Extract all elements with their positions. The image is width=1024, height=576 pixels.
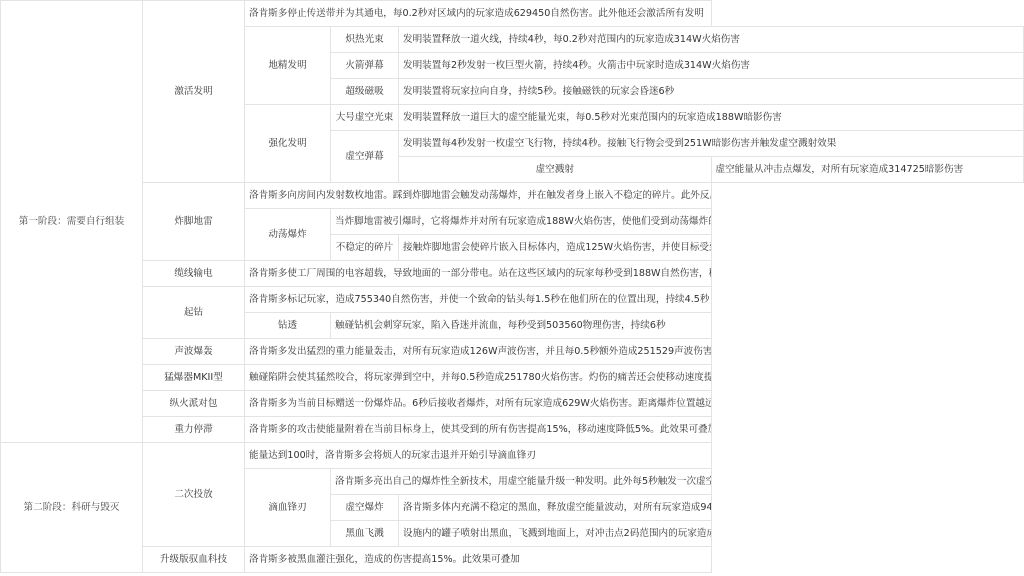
table-row: 缆线输电 洛肯斯多使工厂周围的电容超载，导致地面的一部分带电。站在这些区域内的玩… [1,261,1024,287]
sub-effect-name: 不稳定的碎片 [331,235,399,261]
ability-sonic-name: 声波爆轰 [143,339,245,365]
invention-desc: 发明装置将玩家拉向自身，持续5秒。接触磁铁的玩家会昏迷6秒 [399,79,1024,105]
sub-effect-desc: 洛肯斯多体内充满不稳定的黑血，释放虚空能量波动，对所有玩家造成944175暗影伤… [399,495,712,521]
sub-effect-name: 钻透 [245,313,331,339]
invention-desc: 发明装置释放一道巨大的虚空能量光束，每0.5秒对光束范围内的玩家造成188W暗影… [399,105,1024,131]
table-row: 升级版驭血科技 洛肯斯多被黑血灌注强化，造成的伤害提高15%。此效果可叠加 [1,547,1024,573]
table-row: 炸脚地雷 洛肯斯多向房间内发射数枚地雷。踩到炸脚地雷会触发动荡爆炸，并在触发者身… [1,183,1024,209]
ability-gravity-name: 重力停滞 [143,417,245,443]
invention-name: 大号虚空光束 [331,105,399,131]
invention-name: 超级磁吸 [331,79,399,105]
ability-redeploy-desc: 能量达到100时，洛肯斯多会将烦人的玩家击退并开始引导滴血锋刃 [245,443,712,469]
boss-abilities-table: 第一阶段：需要自行组装 激活发明 洛肯斯多停止传送带并为其通电，每0.2秒对区域… [0,0,1024,573]
ability-mine-name: 炸脚地雷 [143,183,245,261]
ability-gravity-desc: 洛肯斯多的攻击使能量附着在当前目标身上，使其受到的所有伤害提高15%，移动速度降… [245,417,712,443]
ability-activate-desc: 洛肯斯多停止传送带并为其通电，每0.2秒对区域内的玩家造成629450自然伤害。… [245,1,712,27]
ability-upgrade-name: 升级版驭血科技 [143,547,245,573]
sub-effect-desc: 虚空能量从冲击点爆发，对所有玩家造成314725暗影伤害 [711,157,1024,183]
ability-blaster-desc: 触碰陷阱会使其猛然咬合，将玩家弹到空中，并每0.5秒造成251780火焰伤害。灼… [245,365,712,391]
ability-cable-name: 缆线输电 [143,261,245,287]
ability-sonic-desc: 洛肯斯多发出猛烈的重力能量轰击，对所有玩家造成126W声波伤害，并且每0.5秒额… [245,339,712,365]
stage-2-label: 第二阶段：科研与毁灭 [1,443,143,573]
table-row: 猛爆器MKII型 触碰陷阱会使其猛然咬合，将玩家弹到空中，并每0.5秒造成251… [1,365,1024,391]
ability-party-desc: 洛肯斯多为当前目标赠送一份爆炸品。6秒后接收者爆炸，对所有玩家造成629W火焰伤… [245,391,712,417]
empowered-inventions-name: 强化发明 [245,105,331,183]
bleeding-blade-desc: 洛肯斯多亮出自己的爆炸性全新技术，用虚空能量升级一种发明。此外每5秒触发一次虚空… [331,469,712,495]
ability-activate-name: 激活发明 [143,1,245,183]
table-row: 第二阶段：科研与毁灭 二次投放 能量达到100时，洛肯斯多会将烦人的玩家击退并开… [1,443,1024,469]
invention-name: 虚空弹幕 [331,131,399,183]
unstable-explosion-name: 动荡爆炸 [245,209,331,261]
invention-name: 炽热光束 [331,27,399,53]
table-row: 第一阶段：需要自行组装 激活发明 洛肯斯多停止传送带并为其通电，每0.2秒对区域… [1,1,1024,27]
invention-desc: 发明装置每2秒发射一枚巨型火箭，持续4秒。火箭击中玩家时造成314W火焰伤害 [399,53,1024,79]
sub-effect-name: 虚空爆炸 [331,495,399,521]
ability-blaster-name: 猛爆器MKII型 [143,365,245,391]
ability-drill-desc: 洛肯斯多标记玩家，造成755340自然伤害，并使一个致命的钻头每1.5秒在他们所… [245,287,712,313]
invention-desc: 发明装置每4秒发射一枚虚空飞行物，持续4秒。接触飞行物会受到251W暗影伤害并触… [399,131,1024,157]
goblin-inventions-name: 地精发明 [245,27,331,105]
ability-mine-desc: 洛肯斯多向房间内发射数枚地雷。踩到炸脚地雷会触发动荡爆炸，并在触发者身上嵌入不稳… [245,183,712,209]
ability-redeploy-name: 二次投放 [143,443,245,547]
sub-effect-desc: 触碰钻机会刺穿玩家，陷入昏迷并流血，每秒受到503560物理伤害，持续6秒 [331,313,712,339]
table-row: 声波爆轰 洛肯斯多发出猛烈的重力能量轰击，对所有玩家造成126W声波伤害，并且每… [1,339,1024,365]
sub-effect-desc: 设施内的罐子喷射出黑血，飞溅到地面上，对冲击点2码范围内的玩家造成755340暗… [399,521,712,547]
table-row: 起钻 洛肯斯多标记玩家，造成755340自然伤害，并使一个致命的钻头每1.5秒在… [1,287,1024,313]
ability-drill-name: 起钻 [143,287,245,339]
stage-1-label: 第一阶段：需要自行组装 [1,1,143,443]
ability-cable-desc: 洛肯斯多使工厂周围的电容超载，导致地面的一部分带电。站在这些区域内的玩家每秒受到… [245,261,712,287]
sub-effect-name: 虚空溅射 [399,157,712,183]
invention-name: 火箭弹幕 [331,53,399,79]
unstable-explosion-desc: 当炸脚地雷被引爆时，它将爆炸并对所有玩家造成188W火焰伤害，使他们受到动荡爆炸… [331,209,712,235]
table-row: 纵火派对包 洛肯斯多为当前目标赠送一份爆炸品。6秒后接收者爆炸，对所有玩家造成6… [1,391,1024,417]
bleeding-blade-name: 滴血锋刃 [245,469,331,547]
ability-party-name: 纵火派对包 [143,391,245,417]
ability-upgrade-desc: 洛肯斯多被黑血灌注强化，造成的伤害提高15%。此效果可叠加 [245,547,712,573]
sub-effect-desc: 接触炸脚地雷会使碎片嵌入目标体内，造成125W火焰伤害，并使目标受到不稳定碎片的… [399,235,712,261]
invention-desc: 发明装置释放一道火线，持续4秒，每0.2秒对范围内的玩家造成314W火焰伤害 [399,27,1024,53]
table-row: 重力停滞 洛肯斯多的攻击使能量附着在当前目标身上，使其受到的所有伤害提高15%，… [1,417,1024,443]
sub-effect-name: 黑血飞溅 [331,521,399,547]
